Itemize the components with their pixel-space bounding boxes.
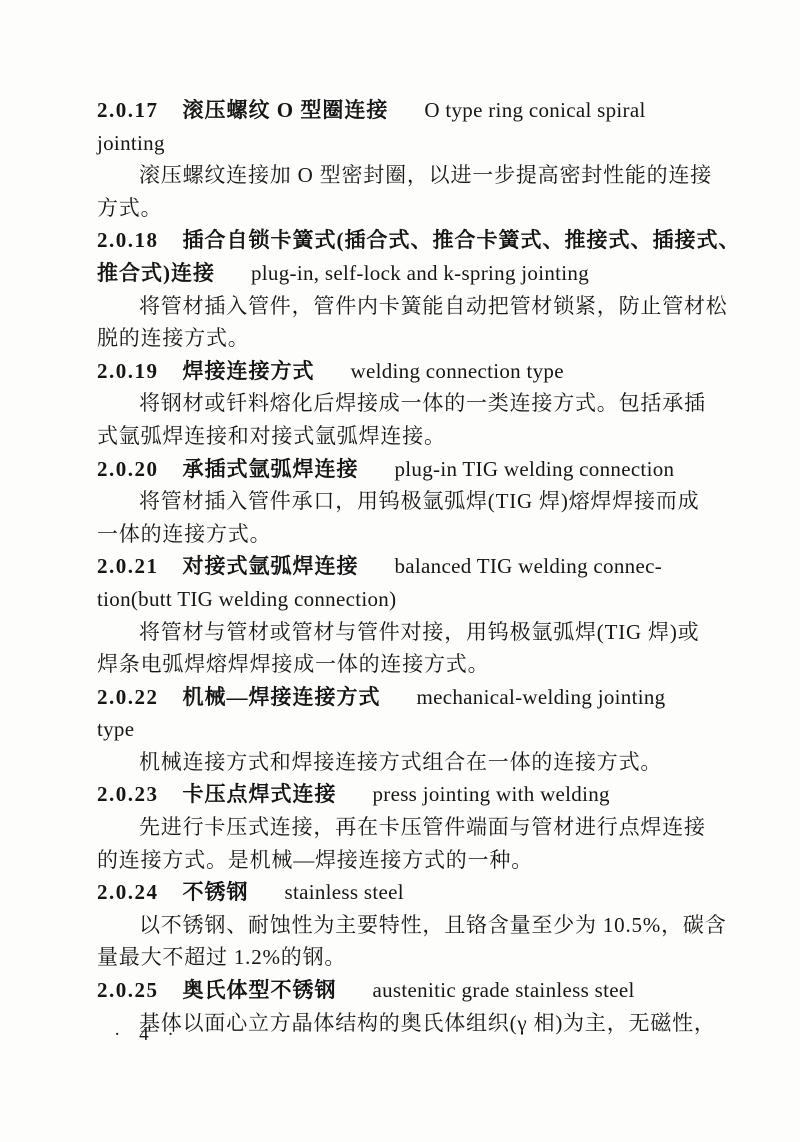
text-line: 焊条电弧焊熔焊焊接成一体的连接方式。 (97, 648, 722, 681)
text-line: type (97, 713, 722, 746)
term-title-en: tion(butt TIG welding connection) (97, 587, 396, 611)
text-line: 推合式)连接plug-in, self-lock and k-spring jo… (97, 257, 722, 290)
text-line: 先进行卡压式连接，再在卡压管件端面与管材进行点焊连接 (97, 811, 722, 844)
term-number: 2.0.25 (97, 978, 159, 1002)
term-title-en: O type ring conical spiral (424, 98, 645, 122)
text-line: 滚压螺纹连接加 O 型密封圈，以进一步提高密封性能的连接 (97, 159, 722, 192)
term-number: 2.0.22 (97, 685, 159, 709)
text-line: 将钢材或钎料熔化后焊接成一体的一类连接方式。包括承插 (97, 387, 722, 420)
term-title-en: austenitic grade stainless steel (373, 978, 635, 1002)
text-line: jointing (97, 127, 722, 160)
definition-text: 焊条电弧焊熔焊焊接成一体的连接方式。 (97, 652, 489, 676)
term-title-en: balanced TIG welding connec- (395, 554, 663, 578)
text-line: 以不锈钢、耐蚀性为主要特性，且铬含量至少为 10.5%，碳含 (97, 909, 722, 942)
text-line: 2.0.17滚压螺纹 O 型圈连接O type ring conical spi… (97, 94, 722, 127)
term-title-zh: 奥氏体型不锈钢 (183, 978, 337, 1002)
term-number: 2.0.24 (97, 880, 159, 904)
text-line: 式氩弧焊连接和对接式氩弧焊连接。 (97, 420, 722, 453)
definition-text: 式氩弧焊连接和对接式氩弧焊连接。 (97, 424, 446, 448)
term-number: 2.0.18 (97, 228, 159, 252)
text-line: 2.0.19焊接连接方式welding connection type (97, 355, 722, 388)
term-title-zh: 机械—焊接连接方式 (183, 685, 381, 709)
text-line: 脱的连接方式。 (97, 322, 722, 355)
term-title-en: type (97, 717, 134, 741)
term-title-zh: 滚压螺纹 O 型圈连接 (183, 98, 389, 122)
term-title-zh: 卡压点焊式连接 (183, 782, 337, 806)
text-line: 将管材与管材或管材与管件对接，用钨极氩弧焊(TIG 焊)或 (97, 616, 722, 649)
term-title-en: plug-in, self-lock and k-spring jointing (251, 261, 589, 285)
text-line: 基体以面心立方晶体结构的奥氏体组织(γ 相)为主，无磁性， (97, 1007, 722, 1040)
document-page: 2.0.17滚压螺纹 O 型圈连接O type ring conical spi… (0, 0, 800, 1142)
definition-text: 将管材插入管件承口，用钨极氩弧焊(TIG 焊)熔焊焊接而成 (139, 489, 699, 513)
definition-text: 脱的连接方式。 (97, 326, 250, 350)
term-title-en: welding connection type (351, 359, 564, 383)
terminology-text: 2.0.17滚压螺纹 O 型圈连接O type ring conical spi… (97, 94, 722, 1039)
text-line: 将管材插入管件承口，用钨极氩弧焊(TIG 焊)熔焊焊接而成 (97, 485, 722, 518)
text-line: 一体的连接方式。 (97, 518, 722, 551)
definition-text: 方式。 (97, 196, 162, 220)
text-line: 2.0.22机械—焊接连接方式mechanical-welding jointi… (97, 681, 722, 714)
text-line: 的连接方式。是机械—焊接连接方式的一种。 (97, 844, 722, 877)
definition-text: 将管材与管材或管材与管件对接，用钨极氩弧焊(TIG 焊)或 (139, 620, 699, 644)
text-line: 2.0.23卡压点焊式连接press jointing with welding (97, 778, 722, 811)
text-line: 2.0.24不锈钢stainless steel (97, 876, 722, 909)
definition-text: 先进行卡压式连接，再在卡压管件端面与管材进行点焊连接 (139, 815, 706, 839)
term-number: 2.0.17 (97, 98, 159, 122)
text-line: 方式。 (97, 192, 722, 225)
text-line: 2.0.25奥氏体型不锈钢austenitic grade stainless … (97, 974, 722, 1007)
term-title-en: plug-in TIG welding connection (395, 457, 675, 481)
term-number: 2.0.23 (97, 782, 159, 806)
definition-text: 以不锈钢、耐蚀性为主要特性，且铬含量至少为 10.5%，碳含 (139, 913, 727, 937)
definition-text: 基体以面心立方晶体结构的奥氏体组织(γ 相)为主，无磁性， (139, 1011, 716, 1035)
definition-text: 滚压螺纹连接加 O 型密封圈，以进一步提高密封性能的连接 (139, 163, 712, 187)
page-number: · 4 · (114, 1024, 181, 1046)
text-line: 2.0.18插合自锁卡簧式(插合式、推合卡簧式、推接式、插接式、 (97, 224, 722, 257)
definition-text: 的连接方式。是机械—焊接连接方式的一种。 (97, 848, 533, 872)
term-title-en: press jointing with welding (373, 782, 610, 806)
text-line: 量最大不超过 1.2%的钢。 (97, 941, 722, 974)
term-title-zh: 插合自锁卡簧式(插合式、推合卡簧式、推接式、插接式、 (183, 228, 741, 252)
text-line: 2.0.21对接式氩弧焊连接balanced TIG welding conne… (97, 550, 722, 583)
term-title-en: jointing (97, 131, 165, 155)
definition-text: 一体的连接方式。 (97, 522, 271, 546)
term-title-zh: 对接式氩弧焊连接 (183, 554, 359, 578)
term-title-zh: 推合式)连接 (97, 261, 215, 285)
definition-text: 将钢材或钎料熔化后焊接成一体的一类连接方式。包括承插 (139, 391, 706, 415)
term-title-zh: 不锈钢 (183, 880, 249, 904)
text-line: 机械连接方式和焊接连接方式组合在一体的连接方式。 (97, 746, 722, 779)
text-line: 将管材插入管件，管件内卡簧能自动把管材锁紧，防止管材松 (97, 290, 722, 323)
term-title-zh: 焊接连接方式 (183, 359, 315, 383)
text-line: 2.0.20承插式氩弧焊连接plug-in TIG welding connec… (97, 453, 722, 486)
term-number: 2.0.21 (97, 554, 159, 578)
term-title-en: mechanical-welding jointing (417, 685, 666, 709)
definition-text: 将管材插入管件，管件内卡簧能自动把管材锁紧，防止管材松 (139, 294, 728, 318)
term-number: 2.0.19 (97, 359, 159, 383)
definition-text: 机械连接方式和焊接连接方式组合在一体的连接方式。 (139, 750, 662, 774)
text-line: tion(butt TIG welding connection) (97, 583, 722, 616)
term-title-en: stainless steel (285, 880, 404, 904)
definition-text: 量最大不超过 1.2%的钢。 (97, 945, 346, 969)
term-title-zh: 承插式氩弧焊连接 (183, 457, 359, 481)
term-number: 2.0.20 (97, 457, 159, 481)
